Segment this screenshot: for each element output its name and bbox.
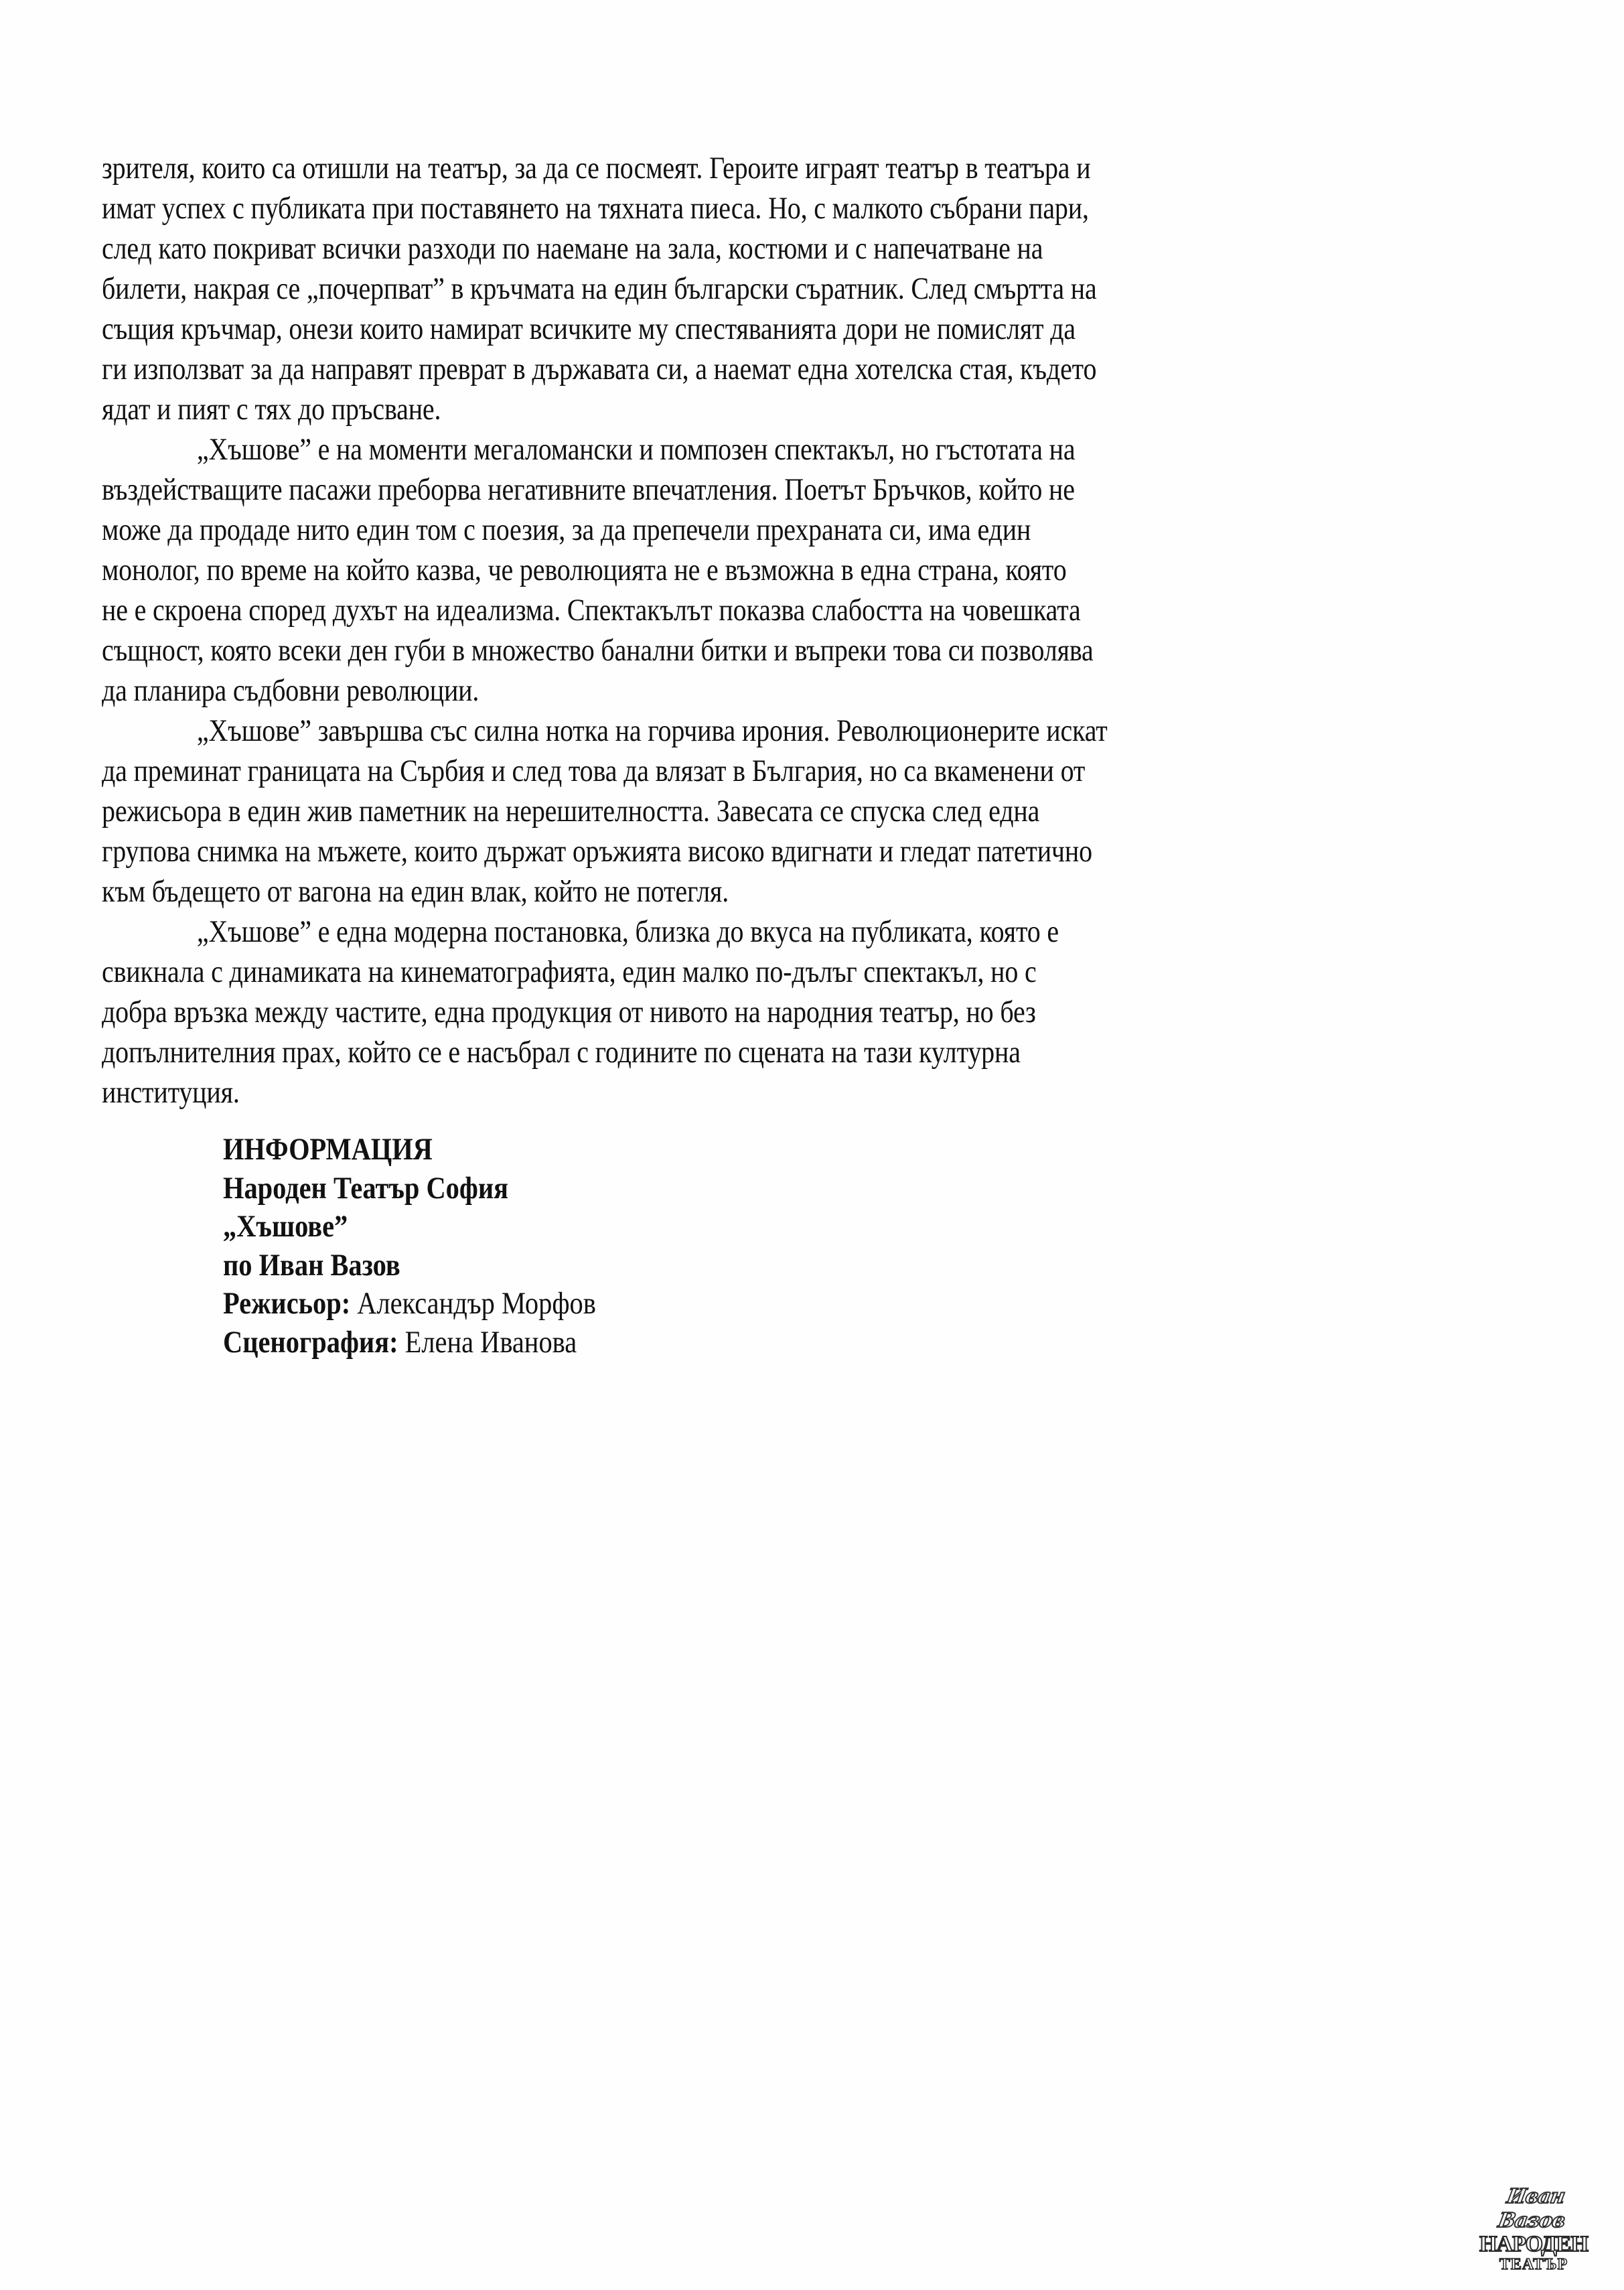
article-line: добра връзка между частите, една продукц… [102, 993, 1254, 1033]
scenography-label: Сценография: [223, 1325, 398, 1360]
article-line: имат успех с публиката при поставянето н… [102, 189, 1254, 229]
info-heading: ИНФОРМАЦИЯ [223, 1131, 596, 1169]
article-line: към бъдещето от вагона на един влак, кой… [102, 872, 1254, 912]
article-line: ядат и пият с тях до пръсване. [102, 390, 1254, 430]
article-line: въздействащите пасажи преборва негативни… [102, 470, 1254, 510]
article-line: същия кръчмар, онези които намират всичк… [102, 309, 1254, 350]
info-director: Режисьор: Александър Морфов [223, 1285, 596, 1323]
article-line: „Хъшове” е на моменти мегаломански и пом… [102, 430, 1254, 470]
article-line: „Хъшове” завършва със силна нотка на гор… [102, 711, 1254, 752]
article-line: същност, която всеки ден губи в множеств… [102, 631, 1254, 671]
article-line: допълнителния прах, който се е насъбрал … [102, 1033, 1254, 1073]
article-line: режисьора в един жив паметник на нерешит… [102, 792, 1254, 832]
article-line: „Хъшове” е една модерна постановка, близ… [102, 912, 1254, 952]
logo-line-1: НАРОДЕН [1473, 2233, 1594, 2256]
document-page: зрителя, които са отишли на театър, за д… [0, 0, 1624, 2290]
director-label: Режисьор: [223, 1286, 350, 1321]
info-theatre: Народен Театър София [223, 1169, 596, 1208]
article-line: да планира съдбовни революции. [102, 671, 1254, 711]
article-line: свикнала с динамиката на кинематографият… [102, 952, 1254, 993]
article-line: групова снимка на мъжете, които държат о… [102, 832, 1254, 872]
article-line: да преминат границата на Сърбия и след т… [102, 752, 1254, 792]
logo-signature: Иван Вазов [1469, 2185, 1599, 2233]
info-author: по Иван Вазов [223, 1246, 596, 1285]
article-line: билети, накрая се „почерпват” в кръчмата… [102, 269, 1254, 309]
article-line: ги използват за да направят преврат в дъ… [102, 350, 1254, 390]
info-scenography: Сценография: Елена Иванова [223, 1323, 596, 1362]
national-theatre-logo: Иван Вазов НАРОДЕН ТЕАТЪР [1473, 2185, 1594, 2259]
article-line: не е скроена според духът на идеализма. … [102, 591, 1254, 631]
article-line: институция. [102, 1073, 1254, 1113]
info-block: ИНФОРМАЦИЯ Народен Театър София „Хъшове”… [223, 1131, 596, 1362]
scenography-name: Елена Иванова [398, 1325, 577, 1360]
info-play-title: „Хъшове” [223, 1208, 596, 1246]
article-line: зрителя, които са отишли на театър, за д… [102, 149, 1254, 189]
article-line: монолог, по време на който казва, че рев… [102, 551, 1254, 591]
article-line: след като покриват всички разходи по нае… [102, 229, 1254, 269]
director-name: Александър Морфов [350, 1286, 596, 1321]
logo-line-2: ТЕАТЪР [1473, 2256, 1594, 2273]
article-line: може да продаде нито един том с поезия, … [102, 510, 1254, 551]
article-body: зрителя, които са отишли на театър, за д… [102, 149, 1254, 1113]
